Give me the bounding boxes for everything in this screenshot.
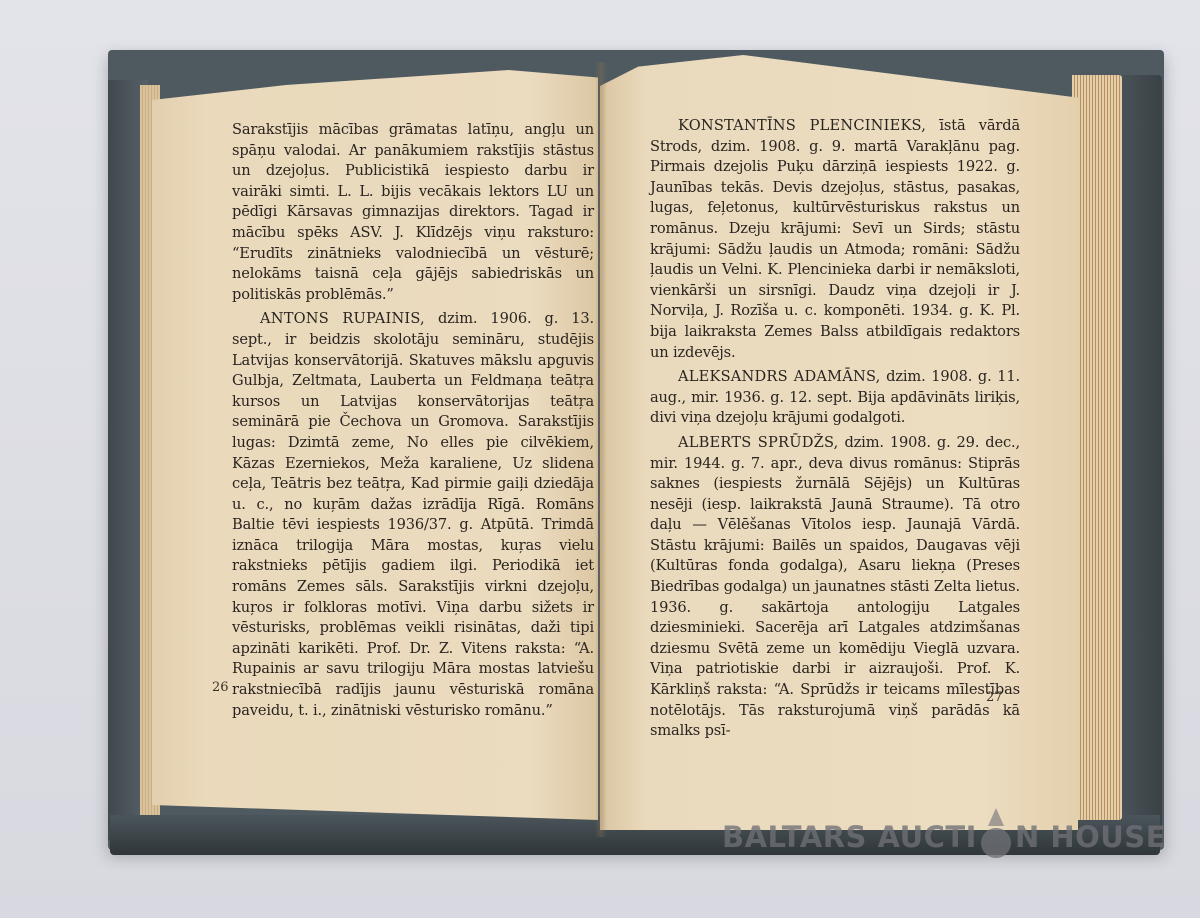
- author-name: KONSTANTĪNS PLENCINIEKS,: [678, 117, 926, 134]
- entry-sprudzs: ALBERTS SPRŪDŽS, dzim. 1908. g. 29. dec.…: [650, 433, 1020, 742]
- entry-adamans: ALEKSANDRS ADAMĀNS, dzim. 1908. g. 11. a…: [650, 367, 1020, 429]
- left-page-text: Sarakstījis mācības grāmatas latīņu, ang…: [232, 120, 594, 725]
- entry-body: dzim. 1906. g. 13. sept., ir beidzis sko…: [232, 310, 594, 718]
- page-number-left: 26: [212, 680, 229, 695]
- right-page-stack: [1072, 75, 1122, 820]
- entry-body: īstā vārdā Strods, dzim. 1908. g. 9. mar…: [650, 117, 1020, 361]
- watermark-text-start: BALTARS AUCTI: [722, 820, 977, 854]
- entry-plencinieks: KONSTANTĪNS PLENCINIEKS, īstā vārdā Stro…: [650, 116, 1020, 363]
- author-name: ALEKSANDRS ADAMĀNS,: [678, 368, 881, 385]
- photo-scene: Sarakstījis mācības grāmatas latīņu, ang…: [0, 0, 1200, 918]
- book-gutter: [595, 62, 607, 837]
- paragraph-continuation: Sarakstījis mācības grāmatas latīņu, ang…: [232, 120, 594, 305]
- entry-body: dzim. 1908. g. 29. dec., mir. 1944. g. 7…: [650, 434, 1020, 739]
- author-name: ANTONS RUPAINIS,: [260, 310, 425, 327]
- crowned-orb-icon: [979, 820, 1013, 854]
- entry-rupainis: ANTONS RUPAINIS, dzim. 1906. g. 13. sept…: [232, 309, 594, 721]
- right-page-text: KONSTANTĪNS PLENCINIEKS, īstā vārdā Stro…: [650, 116, 1020, 746]
- cover-right-edge: [1120, 75, 1162, 845]
- author-name: ALBERTS SPRŪDŽS,: [678, 434, 838, 451]
- page-number-right: 27: [986, 690, 1003, 705]
- watermark-text-end: N HOUSE: [1015, 820, 1166, 854]
- auction-house-watermark: BALTARS AUCTI N HOUSE: [722, 820, 1166, 854]
